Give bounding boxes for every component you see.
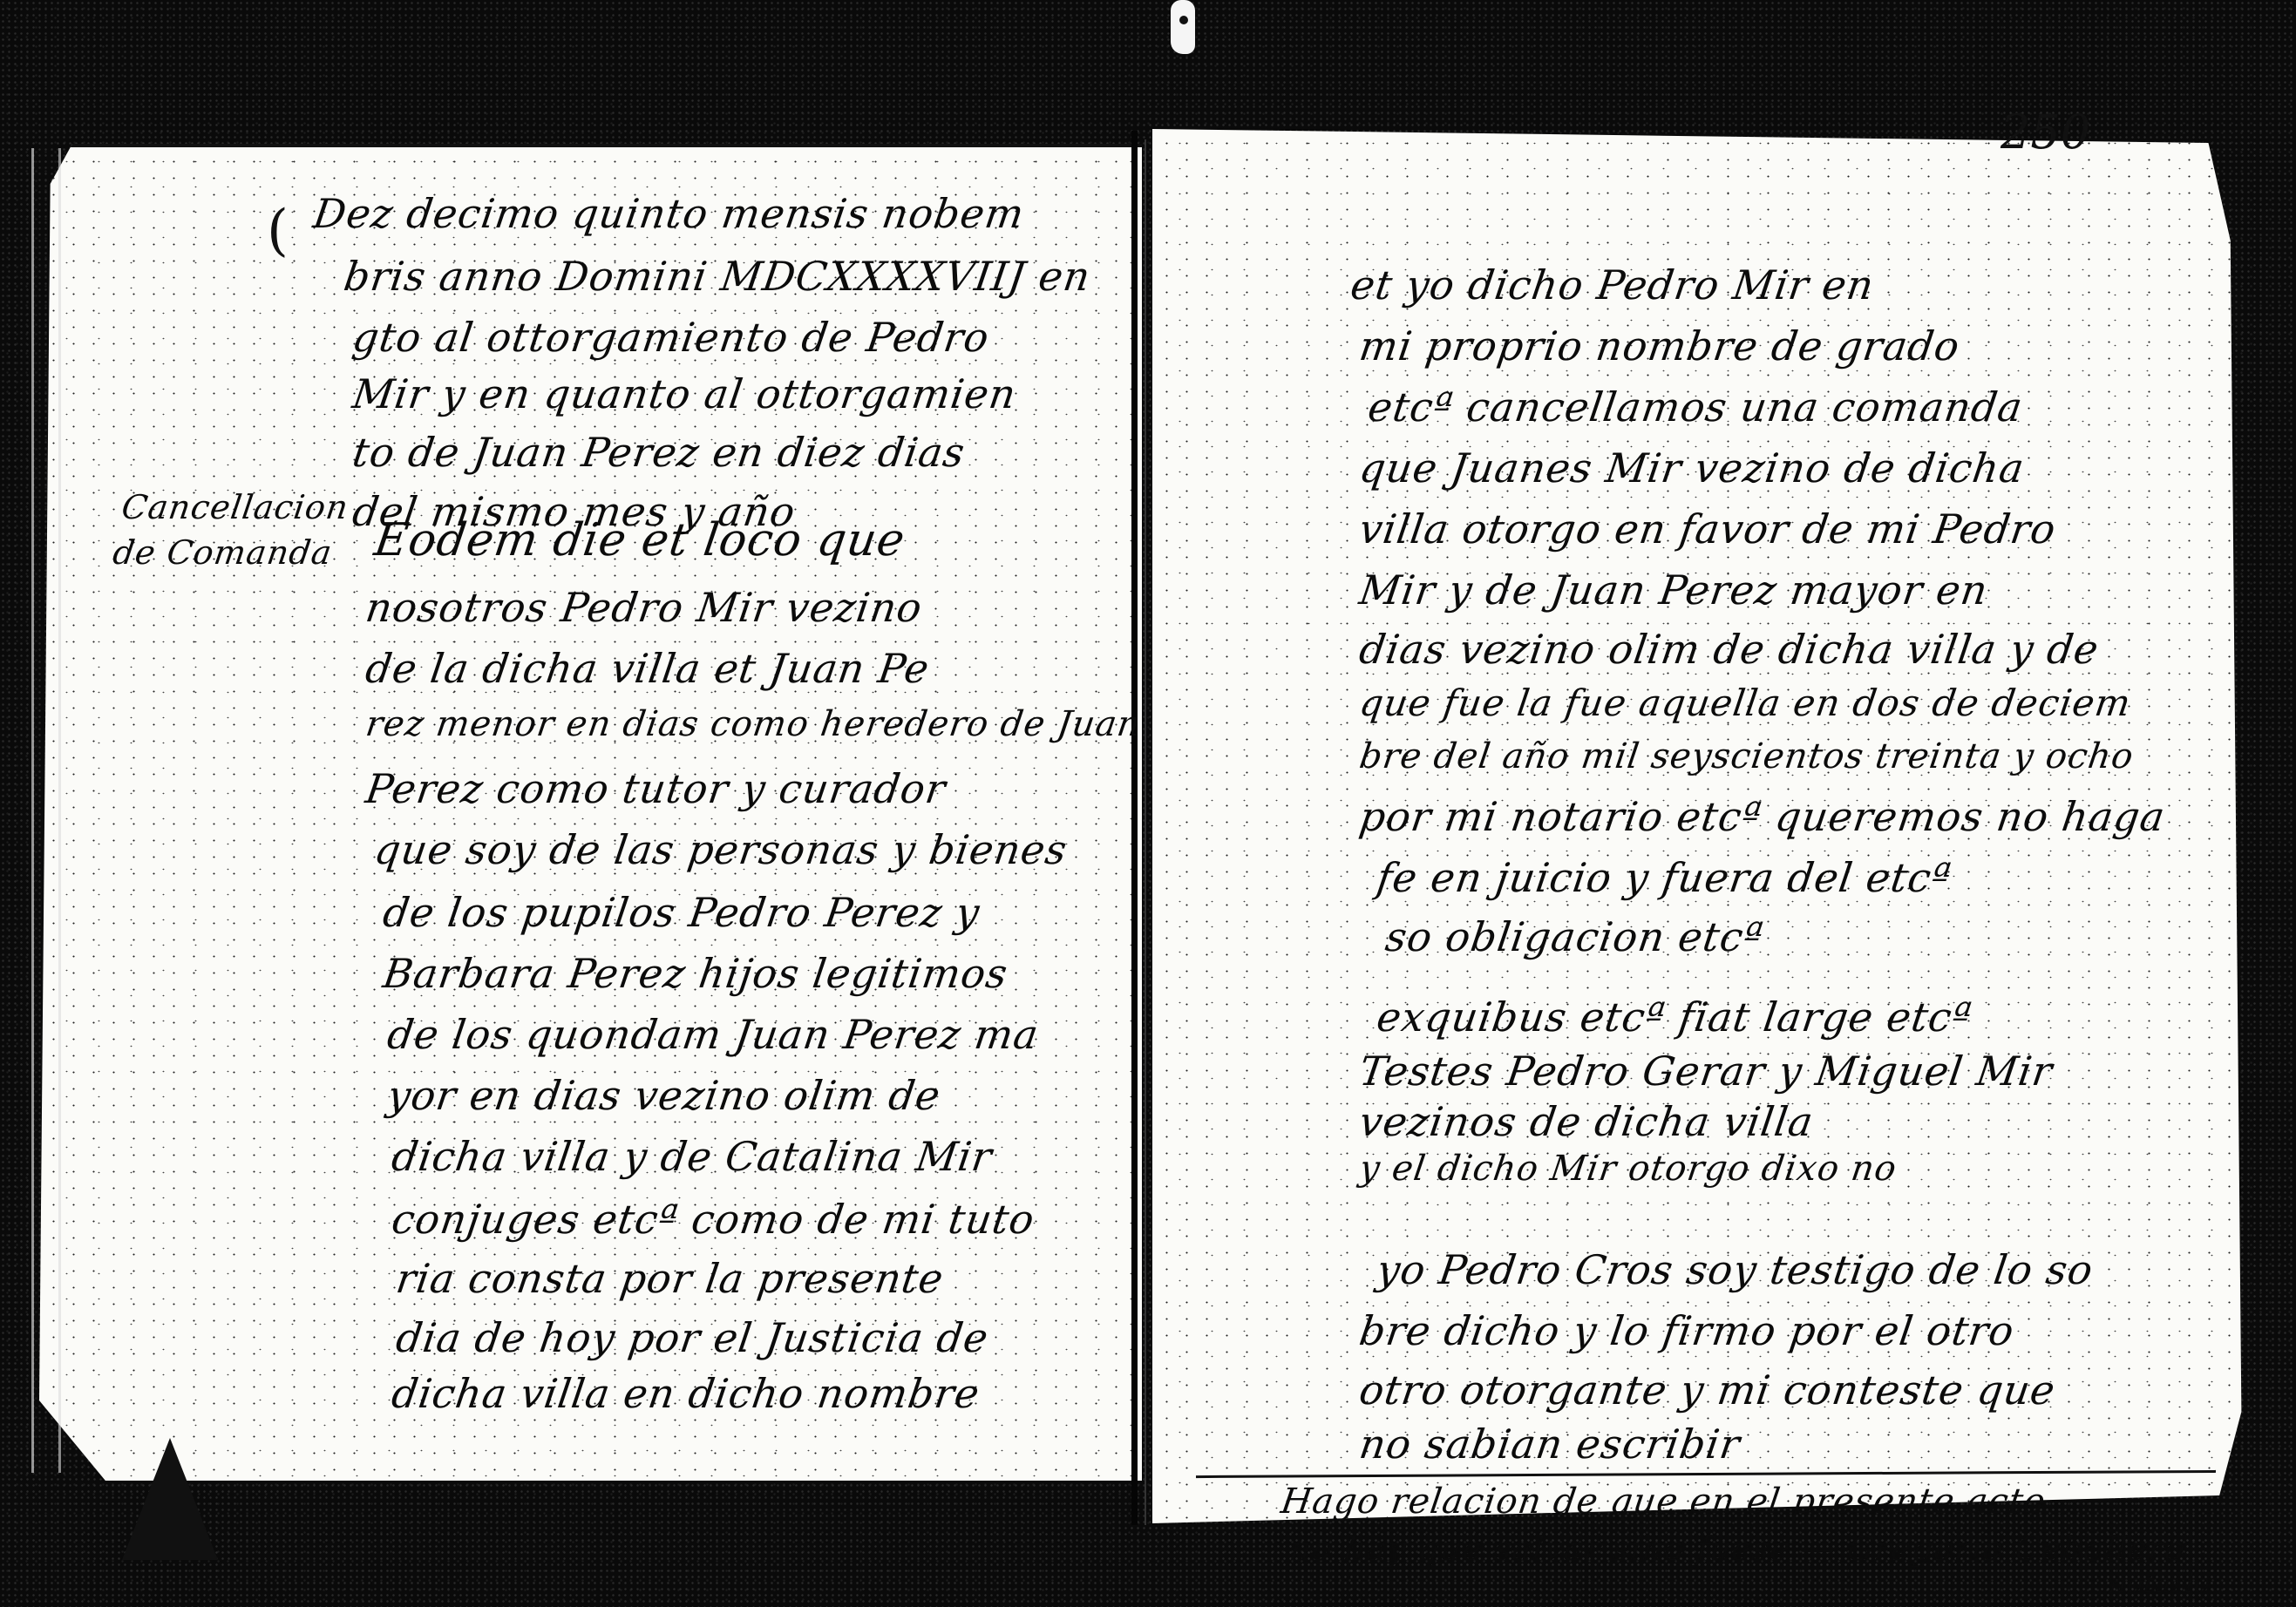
attestation-line: otro otorgante y mi conteste que (1356, 1366, 2058, 1414)
right-body-line: etcª cancellamos una comanda (1365, 383, 2026, 431)
witness-line: vezinos de dicha villa (1356, 1098, 1817, 1145)
left-body-line: dicha villa y de Catalina Mir (389, 1133, 995, 1180)
left-body-line: dicha villa en dicho nombre (389, 1370, 982, 1417)
witness-line: exquibus etcª fiat large etcª (1374, 993, 1975, 1041)
left-body-line: dia de hoy por el Justicia de (393, 1314, 991, 1361)
attestation-line: no sabian escribir (1356, 1421, 1743, 1468)
left-page-edge (31, 148, 61, 1473)
manuscript-spread: 250 ( Dez decimo quinto mensis nobem bri… (0, 0, 2296, 1607)
right-body-line: que fue la fue aquella en dos de deciem (1357, 681, 2134, 724)
left-body-line: de los pupilos Pedro Perez y (380, 889, 982, 936)
left-header-line: bris anno Domini MDCXXXXVIIJ en (341, 253, 1093, 300)
left-body-line: de la dicha villa et Juan Pe (363, 645, 933, 692)
right-body-line: bre del año mil seyscientos treinta y oc… (1357, 736, 2136, 776)
attestation-line: yo Pedro Cros soy testigo de lo so (1374, 1246, 2096, 1293)
left-body-line: yor en dias vezino olim de (384, 1072, 943, 1119)
left-body-line: nosotros Pedro Mir vezino (363, 584, 925, 631)
right-body-line: villa otorgo en favor de mi Pedro (1356, 505, 2059, 553)
left-body-line: que soy de las personas y bienes (371, 826, 1070, 873)
right-body-line: Mir y de Juan Perez mayor en (1356, 566, 1991, 614)
right-body-line: so obligacion etcª (1382, 913, 1767, 960)
left-body-line: Perez como tutor y curador (363, 765, 949, 812)
opening-parenthesis: ( (267, 199, 289, 263)
folio-number: 250 (2001, 105, 2090, 159)
left-body-line: Eodem die et loco que (371, 514, 908, 566)
witness-line: Testes Pedro Gerar y Miguel Mir (1356, 1048, 2055, 1095)
right-body-line: por mi notario etcª queremos no haga (1356, 793, 2168, 840)
spine-edge (1145, 139, 1146, 1525)
right-body-line: mi proprio nombre de grado (1356, 322, 1963, 370)
left-body-line: de los quondam Juan Perez ma (384, 1011, 1042, 1058)
right-body-line: fe en juicio y fuera del etcª (1374, 854, 1954, 901)
right-body-line: que Juanes Mir vezino de dicha (1356, 444, 2028, 492)
margin-note-line: Cancellacion (119, 488, 351, 526)
notary-line: no hay que salvar sino fuese — Gregorio … (1287, 1529, 2188, 1568)
witness-line: y el dicho Mir otorgo dixo no (1357, 1149, 1899, 1189)
attestation-line: bre dicho y lo firmo por el otro (1356, 1307, 2017, 1354)
right-body-line: et yo dicho Pedro Mir en (1348, 261, 1877, 309)
right-body-line: dias vezino olim de dicha villa y de (1356, 626, 2102, 673)
left-body-line: Barbara Perez hijos legitimos (380, 950, 1011, 997)
notary-line: Hago relacion de que en el presente acto (1279, 1482, 2048, 1522)
left-header-line: to de Juan Perez en diez dias (350, 429, 968, 476)
left-header-line: gto al ottorgamiento de Pedro (350, 314, 992, 361)
left-header-line: Dez decimo quinto mensis nobem (310, 190, 1027, 237)
left-body-line: rez menor en dias como heredero de Juan (363, 704, 1144, 744)
notary-line: notario (2108, 1569, 2213, 1599)
left-body-line: conjuges etcª como de mi tuto (389, 1196, 1037, 1243)
left-header-line: Mir y en quanto al ottorgamien (350, 370, 1019, 417)
binding-clasp (1171, 0, 1195, 54)
margin-note-line: de Comanda (111, 533, 335, 572)
left-body-line: ria consta por la presente (393, 1255, 947, 1302)
book-spine (1131, 131, 1138, 1525)
